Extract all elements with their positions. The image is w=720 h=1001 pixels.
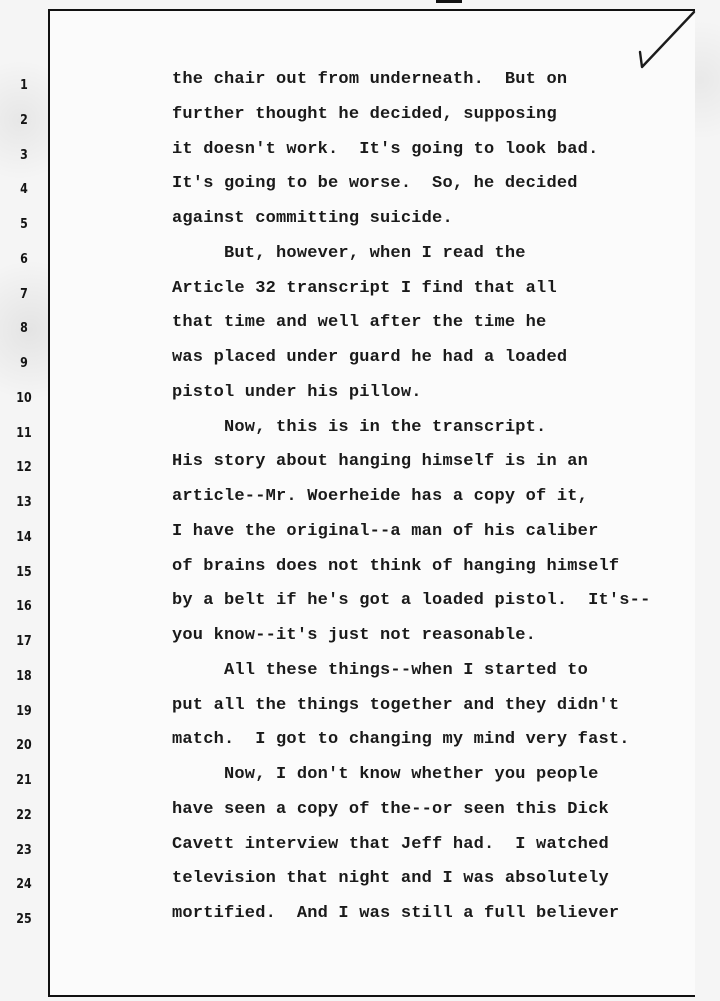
line-number: 24 bbox=[4, 877, 45, 892]
transcript-line: of brains does not think of hanging hims… bbox=[172, 557, 619, 576]
transcript-line: But, however, when I read the bbox=[172, 244, 526, 263]
transcript-line: television that night and I was absolute… bbox=[172, 869, 609, 888]
transcript-line: by a belt if he's got a loaded pistol. I… bbox=[172, 591, 650, 610]
line-number: 4 bbox=[4, 182, 45, 197]
transcript-line: it doesn't work. It's going to look bad. bbox=[172, 140, 598, 159]
line-number: 1 bbox=[4, 78, 45, 93]
line-number: 20 bbox=[4, 738, 45, 753]
line-number: 9 bbox=[4, 356, 45, 371]
line-number: 2 bbox=[4, 113, 45, 128]
transcript-line: All these things--when I started to bbox=[172, 661, 588, 680]
transcript-line: put all the things together and they did… bbox=[172, 696, 619, 715]
line-number: 23 bbox=[4, 843, 45, 858]
transcript-line: mortified. And I was still a full believ… bbox=[172, 904, 619, 923]
transcript-line: have seen a copy of the--or seen this Di… bbox=[172, 800, 609, 819]
line-number: 18 bbox=[4, 669, 45, 684]
line-number: 15 bbox=[4, 565, 45, 580]
transcript-line: It's going to be worse. So, he decided bbox=[172, 174, 578, 193]
line-number: 11 bbox=[4, 426, 45, 441]
transcript-line: that time and well after the time he bbox=[172, 313, 546, 332]
line-number: 10 bbox=[4, 391, 45, 406]
transcript-line: match. I got to changing my mind very fa… bbox=[172, 730, 630, 749]
transcript-line: pistol under his pillow. bbox=[172, 383, 422, 402]
line-number: 22 bbox=[4, 808, 45, 823]
line-number: 8 bbox=[4, 321, 45, 336]
transcript-line: I have the original--a man of his calibe… bbox=[172, 522, 598, 541]
line-number: 12 bbox=[4, 460, 45, 475]
line-number: 17 bbox=[4, 634, 45, 649]
transcript-line: further thought he decided, supposing bbox=[172, 105, 557, 124]
transcript-line: article--Mr. Woerheide has a copy of it, bbox=[172, 487, 588, 506]
transcript-line: His story about hanging himself is in an bbox=[172, 452, 588, 471]
line-number: 21 bbox=[4, 773, 45, 788]
line-number: 5 bbox=[4, 217, 45, 232]
transcript-line: Article 32 transcript I find that all bbox=[172, 279, 557, 298]
transcript-line: Now, this is in the transcript. bbox=[172, 418, 546, 437]
line-number: 25 bbox=[4, 912, 45, 927]
line-number: 19 bbox=[4, 704, 45, 719]
previous-page-fragment bbox=[436, 0, 462, 3]
line-number: 7 bbox=[4, 287, 45, 302]
transcript-line: you know--it's just not reasonable. bbox=[172, 626, 536, 645]
checkmark-icon bbox=[636, 10, 698, 70]
line-number: 14 bbox=[4, 530, 45, 545]
transcript-line: the chair out from underneath. But on bbox=[172, 70, 567, 89]
line-number: 13 bbox=[4, 495, 45, 510]
line-number: 16 bbox=[4, 599, 45, 614]
transcript-line: was placed under guard he had a loaded bbox=[172, 348, 567, 367]
transcript-line: Cavett interview that Jeff had. I watche… bbox=[172, 835, 609, 854]
line-number: 6 bbox=[4, 252, 45, 267]
transcript-line: Now, I don't know whether you people bbox=[172, 765, 598, 784]
transcript-line: against committing suicide. bbox=[172, 209, 453, 228]
line-number: 3 bbox=[4, 148, 45, 163]
